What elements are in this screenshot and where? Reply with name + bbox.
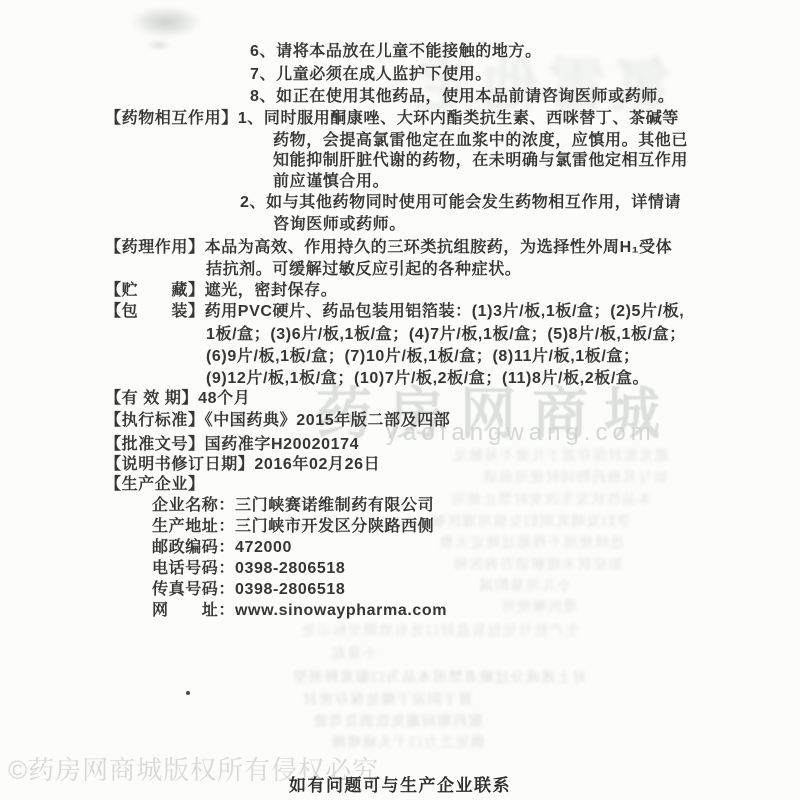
field-value: 三门峡赛诺维制药有限公司 <box>235 497 434 514</box>
section-text: 2016年02月26日 <box>254 456 380 473</box>
section-drug-interactions-line: 咨询医师或药师。 <box>273 217 406 233</box>
section-text: 1、同时服用酮康唑、大环内酯类抗生素、西咪替丁、茶碱等 <box>238 110 679 127</box>
manufacturer-postcode: 邮政编码：472000 <box>152 540 292 556</box>
field-label: 传真号码： <box>152 581 235 598</box>
section-packaging: 【包 装】药用PVC硬片、药品包装用铝箔装：(1)3片/板,1板/盒；(2)5片… <box>105 304 684 320</box>
section-manufacturer: 【生产企业】 <box>105 477 205 493</box>
precaution-item-8: 8、如正在使用其他药品，使用本品前请咨询医师或药师。 <box>250 89 675 105</box>
field-label: 网 址： <box>152 602 235 619</box>
manufacturer-name: 企业名称：三门峡赛诺维制药有限公司 <box>152 498 434 514</box>
section-label: 【批准文号】 <box>105 436 205 453</box>
section-text: 《中国药典》2015年版二部及四部 <box>205 412 451 429</box>
section-text: 本品为高效、作用持久的三环类抗组胺药，为选择性外周H₁受体 <box>205 239 673 256</box>
bleedthrough-line: 连续使用不得超过规定天数 <box>438 532 624 552</box>
section-drug-interactions-line: 2、如与其他药物同时使用可能会发生药物相互作用，详情请 <box>240 195 681 211</box>
section-text: 药用PVC硬片、药品包装用铝箔装：(1)3片/板,1板/盒；(2)5片/板, <box>205 303 685 320</box>
section-validity: 【有 效 期】48个月 <box>105 391 250 407</box>
field-value: 0398-2806518 <box>235 560 345 577</box>
bleedthrough-line: 如症状未缓解请咨询医师 <box>452 554 623 574</box>
section-label: 【贮 藏】 <box>105 282 205 299</box>
section-text: 48个月 <box>198 390 250 407</box>
manufacturer-fax: 传真号码：0398-2806518 <box>152 582 345 598</box>
bleedthrough-line: 孕妇及哺乳期妇女慎用遵医嘱 <box>430 511 632 531</box>
field-label: 生产地址： <box>152 518 235 535</box>
field-label: 电话号码： <box>152 560 235 577</box>
field-value: 0398-2806518 <box>235 581 345 598</box>
section-label: 【执行标准】 <box>105 412 205 429</box>
section-storage: 【贮 藏】遮光，密封保存。 <box>105 283 337 299</box>
section-standard: 【执行标准】《中国药典》2015年版二部及四部 <box>105 413 450 429</box>
field-label: 企业名称： <box>152 497 235 514</box>
section-pharmacology-line: 拮抗剂。可缓解过敏反应引起的各种症状。 <box>206 262 521 278</box>
section-drug-interactions-line: 前应谨慎合用。 <box>273 174 389 190</box>
bleedthrough-line: 遵医嘱使用 <box>500 596 578 616</box>
bleedthrough-line: 小量起 <box>330 643 377 663</box>
section-approval-number: 【批准文号】国药准字H20020174 <box>105 437 359 453</box>
footer-contact-note: 如有问题可与生产企业联系 <box>0 771 800 796</box>
manufacturer-address: 生产地址：三门峡市开发区分陕路西侧 <box>152 519 434 535</box>
field-value: www.sinowaypharma.com <box>235 602 447 619</box>
field-value: 472000 <box>235 539 292 556</box>
ink-speck <box>186 691 190 695</box>
bleedthrough-line: 小儿用量酌减 <box>478 575 571 595</box>
section-revision-date: 【说明书修订日期】2016年02月26日 <box>105 457 380 473</box>
precaution-item-7: 7、儿童必须在成人监护下使用。 <box>250 67 492 83</box>
section-packaging-line: 1板/盒；(3)6片/板,1板/盒；(4)7片/板,1板/盒；(5)8片/板,1… <box>206 327 686 343</box>
section-label: 【包 装】 <box>105 303 205 320</box>
section-label: 【药物相互作用】 <box>105 110 238 127</box>
section-label: 【生产企业】 <box>105 476 205 493</box>
section-text: 遮光，密封保存。 <box>205 282 338 299</box>
section-text: 国药准字H20020174 <box>205 436 360 453</box>
section-label: 【说明书修订日期】 <box>105 456 254 473</box>
bleedthrough-line: 偶见乏力口干头痛嗜睡 <box>330 732 485 752</box>
section-drug-interactions-line: 知能抑制肝脏代谢的药物，在未明确与氯雷他定相互作用 <box>273 153 688 169</box>
scan-smudge-small <box>146 40 172 50</box>
bleedthrough-line: 生产批号见包装盒封口处有效期至标示处 <box>300 620 579 640</box>
section-drug-interactions-line: 药物，会提高氯雷他定在血浆中的浓度，应慎用。其他已 <box>273 133 688 149</box>
field-value: 三门峡市开发区分陕路西侧 <box>235 518 434 535</box>
precaution-item-6: 6、请将本品放在儿童不能接触的地方。 <box>250 44 542 60</box>
manufacturer-website: 网 址：www.sinowaypharma.com <box>152 603 447 619</box>
section-drug-interactions: 【药物相互作用】1、同时服用酮康唑、大环内酯类抗生素、西咪替丁、茶碱等 <box>105 111 679 127</box>
section-pharmacology: 【药理作用】本品为高效、作用持久的三环类抗组胺药，为选择性外周H₁受体 <box>105 240 672 256</box>
section-label: 【有 效 期】 <box>105 390 198 407</box>
section-packaging-line: (9)12片/板,1板/盒；(10)7片/板,2板/盒；(11)8片/板,2板/… <box>206 371 649 387</box>
bleedthrough-line: 置于阴凉干燥处保存密封 <box>302 689 473 709</box>
section-label: 【药理作用】 <box>105 239 205 256</box>
bleedthrough-line: 对上述成分过敏者禁用本品为口服常释剂型 <box>292 667 587 687</box>
manufacturer-phone: 电话号码：0398-2806518 <box>152 561 345 577</box>
field-label: 邮政编码： <box>152 539 235 556</box>
bleedthrough-line: 服药期间避免饮酒及驾驶 <box>312 711 483 731</box>
bleedthrough-line: 如与其他药物同时使用前请 <box>482 467 668 487</box>
scan-smudge <box>130 6 202 38</box>
drug-insert-page: 氯雷他定 遮光密封保存置于儿童不易触及 如与其他药物同时使用前请 本品性状发生改… <box>0 0 800 800</box>
bleedthrough-line: 本品性状发生改变时禁止使用 <box>450 489 652 509</box>
section-packaging-line: (6)9片/板,1板/盒；(7)10片/板,1板/盒；(8)11片/板,1板/盒… <box>206 349 640 365</box>
